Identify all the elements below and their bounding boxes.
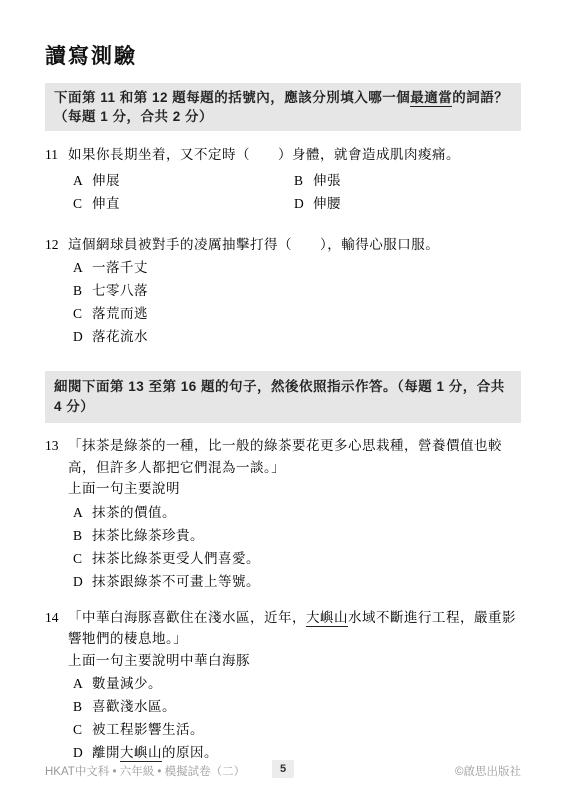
option-label: D (294, 193, 313, 214)
option-row: A 一落千丈 (73, 257, 521, 278)
question-14: 14 「中華白海豚喜歡住在淺水區，近年，大嶼山水域不斷進行工程，嚴重影響牠們的棲… (45, 607, 521, 764)
quote-underlined: 大嶼山 (306, 610, 348, 627)
option-part2: 的原因。 (162, 745, 218, 760)
option-row: C 伸直 (73, 193, 294, 214)
option-row: B 喜歡淺水區。 (73, 696, 521, 717)
option-label: B (73, 280, 92, 301)
option-row: A 伸展 (73, 170, 294, 191)
option-text: 伸張 (313, 170, 341, 191)
option-row: D 抹茶跟綠茶不可畫上等號。 (73, 571, 521, 592)
option-label: A (73, 673, 92, 694)
question-12: 12 這個網球員被對手的凌厲抽擊打得（ ），輸得心服口服。 A 一落千丈 B 七… (45, 234, 521, 348)
instruction-1-underlined: 最適當 (410, 90, 452, 107)
question-11-stem-row: 11 如果你長期坐着，又不定時（ ）身體，就會造成肌肉痠痛。 (45, 144, 521, 166)
option-label: C (73, 303, 92, 324)
question-quote: 「抹茶是綠茶的一種，比一般的綠茶要花更多心思栽種，營養價值也較高，但許多人都把它… (68, 435, 521, 478)
question-14-quote-row: 14 「中華白海豚喜歡住在淺水區，近年，大嶼山水域不斷進行工程，嚴重影響牠們的棲… (45, 607, 521, 650)
question-13-quote-row: 13 「抹茶是綠茶的一種，比一般的綠茶要花更多心思栽種，營養價值也較高，但許多人… (45, 435, 521, 478)
option-row: B 伸張 (294, 170, 521, 191)
option-label: C (73, 719, 92, 740)
option-text: 喜歡淺水區。 (92, 696, 176, 717)
option-text: 被工程影響生活。 (92, 719, 204, 740)
question-quote: 「中華白海豚喜歡住在淺水區，近年，大嶼山水域不斷進行工程，嚴重影響牠們的棲息地。… (68, 607, 521, 650)
option-text: 抹茶比綠茶更受人們喜愛。 (92, 548, 260, 569)
option-text: 落荒而逃 (92, 303, 148, 324)
option-label: A (73, 170, 92, 191)
footer-left-text: HKAT中文科 • 六年級 • 模擬試卷（二） (45, 763, 245, 779)
question-prompt: 上面一句主要說明 (68, 478, 521, 500)
option-part1: 離開 (92, 745, 120, 760)
option-row: D 落花流水 (73, 326, 521, 347)
page-content: 讀寫測驗 下面第 11 和第 12 題每題的括號內，應該分別填入哪一個最適當的詞… (45, 0, 521, 763)
option-label: B (294, 170, 313, 191)
footer-right-text: ©啟思出版社 (455, 763, 521, 779)
option-label: A (73, 502, 92, 523)
question-14-options: A 數量減少。 B 喜歡淺水區。 C 被工程影響生活。 D 離開大嶼山的原因。 (73, 673, 521, 763)
option-row: A 抹茶的價值。 (73, 502, 521, 523)
option-text: 七零八落 (92, 280, 148, 301)
quote-part1: 「中華白海豚喜歡住在淺水區，近年， (68, 610, 306, 625)
instruction-2-text: 細閱下面第 13 至第 16 題的句子，然後依照指示作答。（每題 1 分，合共 … (54, 379, 505, 414)
page-footer: HKAT中文科 • 六年級 • 模擬試卷（二） 5 ©啟思出版社 (45, 760, 521, 782)
option-text: 抹茶比綠茶珍貴。 (92, 525, 204, 546)
option-row: C 抹茶比綠茶更受人們喜愛。 (73, 548, 521, 569)
option-row: C 被工程影響生活。 (73, 719, 521, 740)
option-row: B 抹茶比綠茶珍貴。 (73, 525, 521, 546)
exam-page: 讀寫測驗 下面第 11 和第 12 題每題的括號內，應該分別填入哪一個最適當的詞… (0, 0, 566, 800)
instruction-box-2: 細閱下面第 13 至第 16 題的句子，然後依照指示作答。（每題 1 分，合共 … (45, 371, 521, 423)
option-text: 伸展 (92, 170, 120, 191)
question-stem: 如果你長期坐着，又不定時（ ）身體，就會造成肌肉痠痛。 (68, 144, 521, 166)
option-label: D (73, 326, 92, 347)
option-label: C (73, 548, 92, 569)
question-number: 14 (45, 607, 68, 650)
option-label: B (73, 525, 92, 546)
question-12-options: A 一落千丈 B 七零八落 C 落荒而逃 D 落花流水 (73, 257, 521, 347)
page-title: 讀寫測驗 (45, 44, 521, 70)
option-row: B 七零八落 (73, 280, 521, 301)
page-number-badge: 5 (272, 760, 294, 778)
question-11-options: A 伸展 B 伸張 C 伸直 D 伸腰 (73, 168, 521, 214)
option-text: 數量減少。 (92, 673, 162, 694)
question-13: 13 「抹茶是綠茶的一種，比一般的綠茶要花更多心思栽種，營養價值也較高，但許多人… (45, 435, 521, 592)
option-label: D (73, 571, 92, 592)
question-stem: 這個網球員被對手的凌厲抽擊打得（ ），輸得心服口服。 (68, 234, 521, 256)
instruction-box-1: 下面第 11 和第 12 題每題的括號內，應該分別填入哪一個最適當的詞語？（每題… (45, 83, 521, 131)
option-label: C (73, 193, 92, 214)
option-label: B (73, 696, 92, 717)
option-row: C 落荒而逃 (73, 303, 521, 324)
option-text: 抹茶跟綠茶不可畫上等號。 (92, 571, 260, 592)
option-row: D 伸腰 (294, 193, 521, 214)
question-number: 11 (45, 144, 68, 166)
option-text: 伸直 (92, 193, 120, 214)
question-number: 12 (45, 234, 68, 256)
question-11: 11 如果你長期坐着，又不定時（ ）身體，就會造成肌肉痠痛。 A 伸展 B 伸張… (45, 144, 521, 214)
question-prompt: 上面一句主要說明中華白海豚 (68, 650, 521, 672)
instruction-1-part1: 下面第 11 和第 12 題每題的括號內，應該分別填入哪一個 (54, 90, 410, 105)
option-text: 落花流水 (92, 326, 148, 347)
option-label: A (73, 257, 92, 278)
question-number: 13 (45, 435, 68, 478)
question-13-options: A 抹茶的價值。 B 抹茶比綠茶珍貴。 C 抹茶比綠茶更受人們喜愛。 D 抹茶跟… (73, 502, 521, 592)
question-12-stem-row: 12 這個網球員被對手的凌厲抽擊打得（ ），輸得心服口服。 (45, 234, 521, 256)
option-text: 一落千丈 (92, 257, 148, 278)
option-row: A 數量減少。 (73, 673, 521, 694)
option-text: 抹茶的價值。 (92, 502, 176, 523)
option-text: 伸腰 (313, 193, 341, 214)
